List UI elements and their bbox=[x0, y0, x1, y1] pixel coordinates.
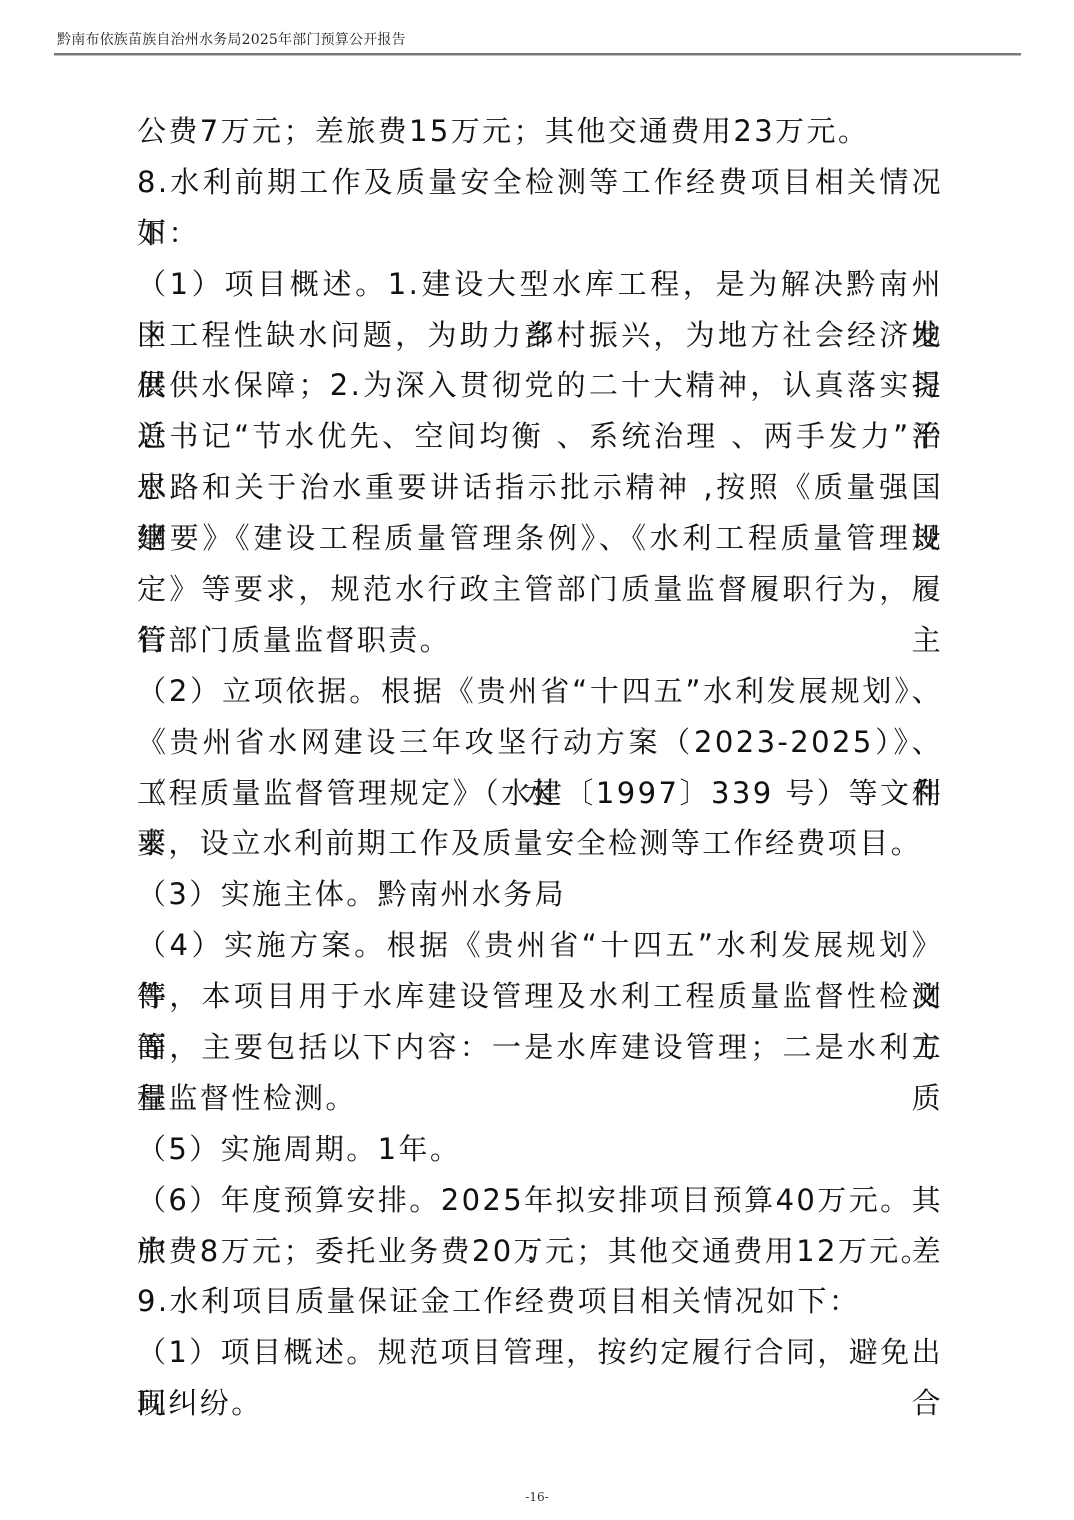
body-line: 定》等要求，规范水行政主管部门质量监督履职行为，履行主 bbox=[137, 564, 943, 615]
body-line: （2）立项依据。根据《贵州省“十四五”水利发展规划》、 bbox=[137, 666, 943, 717]
body-line: 求，设立水利前期工作及质量安全检测等工作经费项目。 bbox=[137, 818, 943, 869]
body-line: （6）年度预算安排。2025年拟安排项目预算40万元。其中：差 bbox=[137, 1175, 943, 1226]
page-number: -16- bbox=[0, 1488, 1074, 1506]
body-line: 供供水保障；2.为深入贯彻党的二十大精神，认真落实习近平 bbox=[137, 360, 943, 411]
body-line: 面，主要包括以下内容：一是水库建设管理；二是水利工程质 bbox=[137, 1022, 943, 1073]
body-line: （1）项目概述。规范项目管理，按约定履行合同，避免出现合 bbox=[137, 1327, 943, 1378]
body-line: 9.水利项目质量保证金工作经费项目相关情况如下： bbox=[137, 1276, 943, 1327]
body-line: 《贵州省水网建设三年攻坚行动方案（2023-2025）》、《水利 bbox=[137, 717, 943, 768]
body-line: 旅费8万元；委托业务费20万元；其他交通费用12万元。 bbox=[137, 1226, 943, 1277]
body-line: 公费7万元；差旅费15万元；其他交通费用23万元。 bbox=[137, 106, 943, 157]
body-line: 下： bbox=[137, 208, 943, 259]
body-line: 区工程性缺水问题，为助力乡村振兴，为地方社会经济发展提 bbox=[137, 310, 943, 361]
body-line: （1）项目概述。1.建设大型水库工程，是为解决黔南州中部地 bbox=[137, 259, 943, 310]
header-title: 黔南布依族苗族自治州水务局2025年部门预算公开报告 bbox=[57, 30, 406, 50]
document-body: 公费7万元；差旅费15万元；其他交通费用23万元。 8.水利前期工作及质量安全检… bbox=[137, 106, 943, 1429]
page-header: 黔南布依族苗族自治州水务局2025年部门预算公开报告 bbox=[54, 30, 1021, 56]
body-line: 总书记“节水优先、空间均衡 、系统治理 、两手发力”治水 bbox=[137, 411, 943, 462]
body-line: 纲要》《建设工程质量管理条例》、《水利工程质量管理规 bbox=[137, 513, 943, 564]
header-rule bbox=[54, 53, 1021, 56]
body-line: 8.水利前期工作及质量安全检测等工作经费项目相关情况如 bbox=[137, 157, 943, 208]
body-line: 思路和关于治水重要讲话指示批示精神 ,按照《质量强国建设 bbox=[137, 462, 943, 513]
body-line: 工程质量监督管理规定》（水建〔1997〕339 号）等文件要 bbox=[137, 768, 943, 819]
body-line: （5）实施周期。1年。 bbox=[137, 1124, 943, 1175]
body-line: （4）实施方案。根据《贵州省“十四五”水利发展规划》等文 bbox=[137, 920, 943, 971]
body-line: 件，本项目用于水库建设管理及水利工程质量监督性检测等方 bbox=[137, 971, 943, 1022]
body-line: （3）实施主体。黔南州水务局 bbox=[137, 869, 943, 920]
